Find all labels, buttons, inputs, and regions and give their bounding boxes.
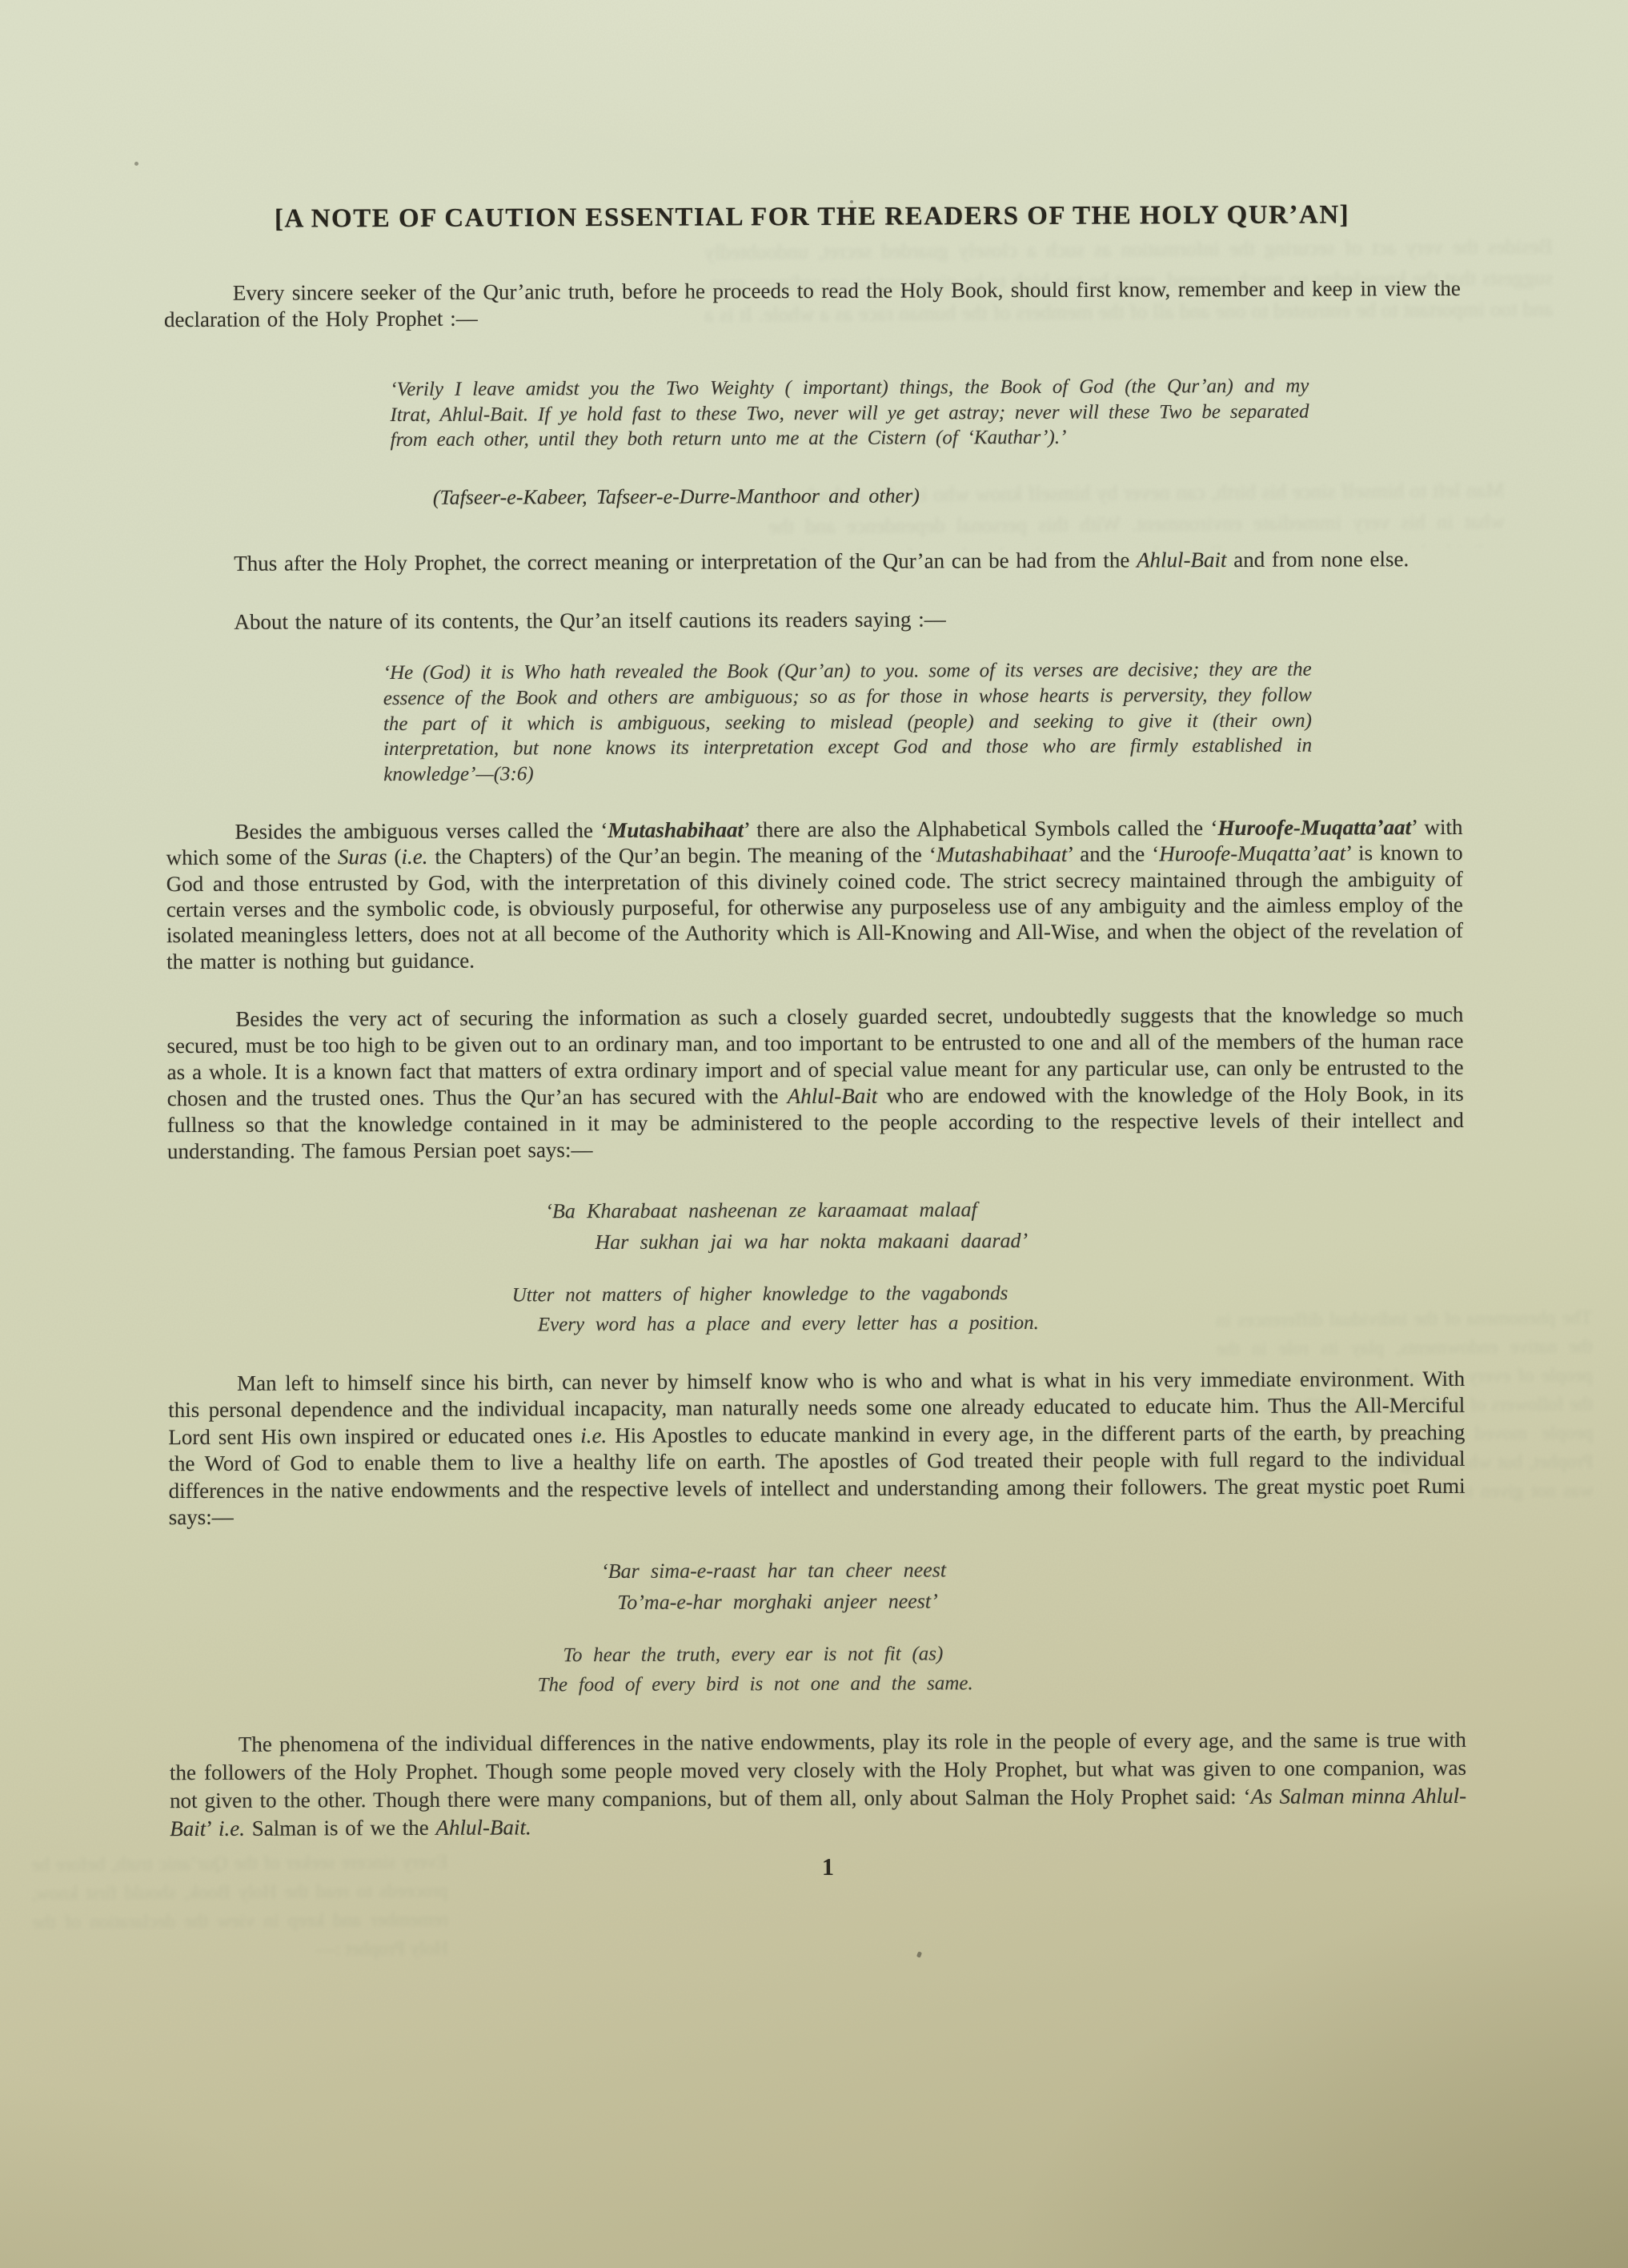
- paragraph-about-contents: About the nature of its contents, the Qu…: [165, 604, 1462, 636]
- page-number: 1: [179, 1851, 1476, 1885]
- italic-term: Ahlul-Bait.: [435, 1815, 531, 1839]
- text-run: Salman is of we the: [245, 1816, 436, 1840]
- text-run: ’: [206, 1816, 219, 1840]
- text-run: ’ and the ‘: [1067, 842, 1159, 866]
- quran-quote: ‘He (God) it is Who hath revealed the Bo…: [383, 657, 1313, 788]
- poem-line: ‘Bar sima-e-raast har tan cheer neest: [601, 1551, 1466, 1586]
- paragraph-phenomena: The phenomena of the individual differen…: [170, 1725, 1467, 1843]
- paragraph-thus-after: Thus after the Holy Prophet, the correct…: [165, 546, 1462, 577]
- italic-term: Ahlul-Bait: [788, 1084, 878, 1108]
- poem-line: To hear the truth, every ear is not fit …: [537, 1636, 1466, 1670]
- italic-term: Ahlul-Bait: [1137, 548, 1227, 572]
- rumi-couplet-translation: To hear the truth, every ear is not fit …: [537, 1636, 1466, 1700]
- text-run: and from none else.: [1226, 547, 1409, 572]
- poem-line: The food of every bird is not one and th…: [537, 1667, 1466, 1700]
- italic-term: Suras: [338, 845, 387, 869]
- text-run: Besides the ambiguous verses called the …: [235, 818, 607, 844]
- italic-term: Huroofe-Muqatta’aat: [1217, 815, 1411, 840]
- paragraph-man-left: Man left to himself since his birth, can…: [168, 1366, 1466, 1531]
- persian-couplet: ‘Ba Kharabaat nasheenan ze karaamaat mal…: [545, 1192, 1464, 1258]
- italic-term: Mutashabihaat: [936, 842, 1068, 867]
- hadith-quote: ‘Verily I leave amidst you the Two Weigh…: [390, 373, 1309, 453]
- text-run: ’ there are also the Alphabetical Symbol…: [744, 816, 1218, 841]
- paragraph-intro: Every sincere seeker of the Qur’anic tru…: [164, 275, 1461, 333]
- page-content: [A NOTE OF CAUTION ESSENTIAL FOR THE REA…: [162, 0, 1466, 1885]
- italic-term: Huroofe-Muqatta’aat: [1159, 841, 1345, 866]
- italic-term: i.e.: [219, 1816, 245, 1840]
- italic-term: i.e.: [580, 1423, 607, 1447]
- paragraph-besides-act: Besides the very act of securing the inf…: [166, 1002, 1464, 1165]
- scanned-book-page: Besides the very act of securing the inf…: [0, 0, 1628, 2268]
- persian-couplet-translation: Utter not matters of higher knowledge to…: [512, 1277, 1465, 1341]
- poem-line: Every word has a place and every letter …: [512, 1307, 1465, 1340]
- ink-speck: [916, 1951, 922, 1957]
- text-run: the Chapters) of the Qur’an begin. The m…: [427, 843, 936, 869]
- poem-line: Har sukhan jai wa har nokta makaani daar…: [545, 1223, 1464, 1258]
- poem-line: Utter not matters of higher knowledge to…: [512, 1277, 1465, 1311]
- italic-term: i.e.: [401, 845, 427, 869]
- hadith-attribution: (Tafseer-e-Kabeer, Tafseer-e-Durre-Manth…: [433, 481, 1462, 510]
- text-run: Thus after the Holy Prophet, the correct…: [234, 548, 1137, 576]
- rumi-couplet: ‘Bar sima-e-raast har tan cheer neest To…: [601, 1551, 1466, 1617]
- poem-line: To’ma-e-har morghaki anjeer neest’: [601, 1583, 1466, 1617]
- page-title: [A NOTE OF CAUTION ESSENTIAL FOR THE REA…: [162, 0, 1460, 237]
- text-run: (: [387, 845, 401, 869]
- poem-line: ‘Ba Kharabaat nasheenan ze karaamaat mal…: [545, 1192, 1464, 1226]
- italic-term: Mutashabihaat: [607, 817, 744, 842]
- ink-speck: [134, 162, 138, 166]
- paragraph-besides-ambiguous: Besides the ambiguous verses called the …: [166, 814, 1463, 975]
